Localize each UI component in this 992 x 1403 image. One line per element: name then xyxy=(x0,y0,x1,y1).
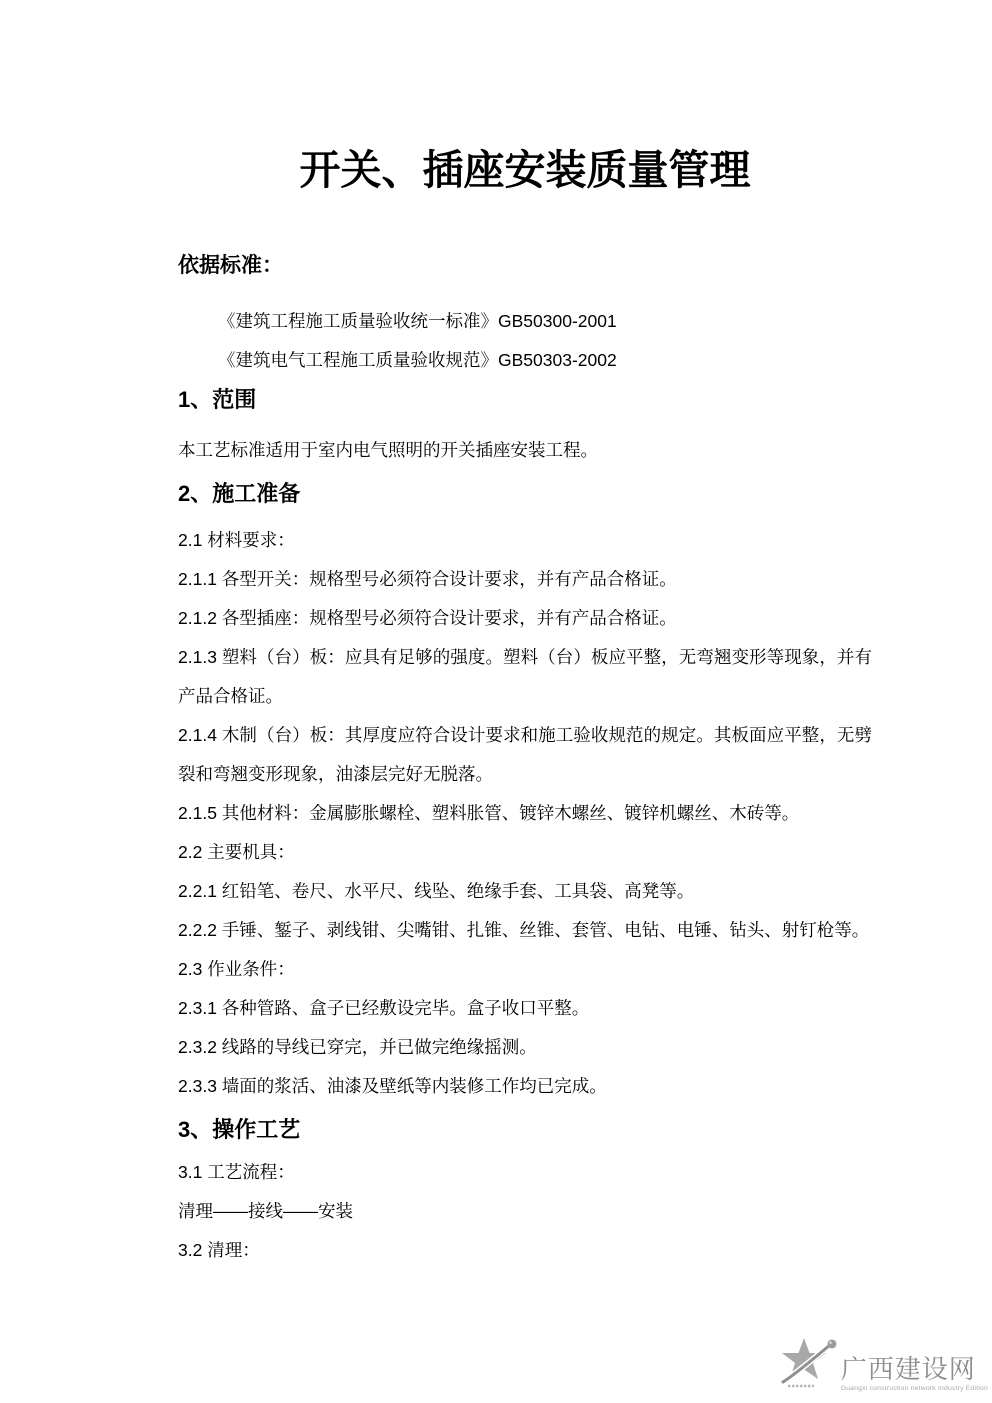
section-heading-preparation: 2、施工准备 xyxy=(178,479,872,509)
section-body-preparation: 2.1 材料要求： 2.1.1 各型开关：规格型号必须符合设计要求，并有产品合格… xyxy=(178,521,872,1106)
paragraph: 2.1.5 其他材料：金属膨胀螺栓、塑料胀管、镀锌木螺丝、镀锌机螺丝、木砖等。 xyxy=(178,794,872,833)
paragraph: 清理——接线——安装 xyxy=(178,1192,872,1231)
paragraph: 2.2.2 手锤、錾子、剥线钳、尖嘴钳、扎锥、丝锥、套管、电钻、电锤、钻头、射钉… xyxy=(178,911,872,950)
watermark-site-name: 广西建设网 xyxy=(841,1356,976,1384)
section-heading-process: 3、操作工艺 xyxy=(178,1115,872,1145)
paragraph: 本工艺标准适用于室内电气照明的开关插座安装工程。 xyxy=(178,431,872,470)
section-heading-scope: 1、范围 xyxy=(178,385,872,415)
paragraph: 2.3.2 线路的导线已穿完，并已做完绝缘摇测。 xyxy=(178,1028,872,1067)
paragraph: 2.1 材料要求： xyxy=(178,521,872,560)
section-body-scope: 本工艺标准适用于室内电气照明的开关插座安装工程。 xyxy=(178,431,872,470)
watermark-text: 广西建设网 Guangxi construction network Indus… xyxy=(841,1356,988,1393)
basis-standards-heading: 依据标准： xyxy=(178,252,872,280)
paragraph: 2.2 主要机具： xyxy=(178,833,872,872)
paragraph: 2.2.1 红铅笔、卷尺、水平尺、线坠、绝缘手套、工具袋、高凳等。 xyxy=(178,872,872,911)
reference-line: 《建筑工程施工质量验收统一标准》GB50300-2001 xyxy=(178,302,872,341)
document-content: 开关、插座安装质量管理 依据标准： 《建筑工程施工质量验收统一标准》GB5030… xyxy=(178,0,872,1270)
reference-list: 《建筑工程施工质量验收统一标准》GB50300-2001 《建筑电气工程施工质量… xyxy=(178,302,872,380)
paragraph: 2.1.2 各型插座：规格型号必须符合设计要求，并有产品合格证。 xyxy=(178,599,872,638)
watermark-site-subtitle: Guangxi construction network Industry Ed… xyxy=(841,1384,988,1393)
paragraph: 2.1.1 各型开关：规格型号必须符合设计要求，并有产品合格证。 xyxy=(178,560,872,599)
paragraph: 2.3.1 各种管路、盒子已经敷设完毕。盒子收口平整。 xyxy=(178,989,872,1028)
paragraph: 2.3.3 墙面的浆活、油漆及壁纸等内装修工作均已完成。 xyxy=(178,1067,872,1106)
reference-line: 《建筑电气工程施工质量验收规范》GB50303-2002 xyxy=(178,341,872,380)
paragraph: 2.1.4 木制（台）板：其厚度应符合设计要求和施工验收规范的规定。其板面应平整… xyxy=(178,716,872,794)
document-page: 开关、插座安装质量管理 依据标准： 《建筑工程施工质量验收统一标准》GB5030… xyxy=(0,0,992,1403)
guangxi-construction-watermark: 广西建设网 Guangxi construction network Indus… xyxy=(775,1335,988,1393)
star-logo-icon xyxy=(775,1335,839,1393)
paragraph: 3.1 工艺流程： xyxy=(178,1153,872,1192)
section-body-process: 3.1 工艺流程： 清理——接线——安装 3.2 清理： xyxy=(178,1153,872,1270)
page-title: 开关、插座安装质量管理 xyxy=(178,148,872,192)
paragraph: 2.1.3 塑料（台）板：应具有足够的强度。塑料（台）板应平整，无弯翘变形等现象… xyxy=(178,638,872,716)
paragraph: 2.3 作业条件： xyxy=(178,950,872,989)
paragraph: 3.2 清理： xyxy=(178,1231,872,1270)
